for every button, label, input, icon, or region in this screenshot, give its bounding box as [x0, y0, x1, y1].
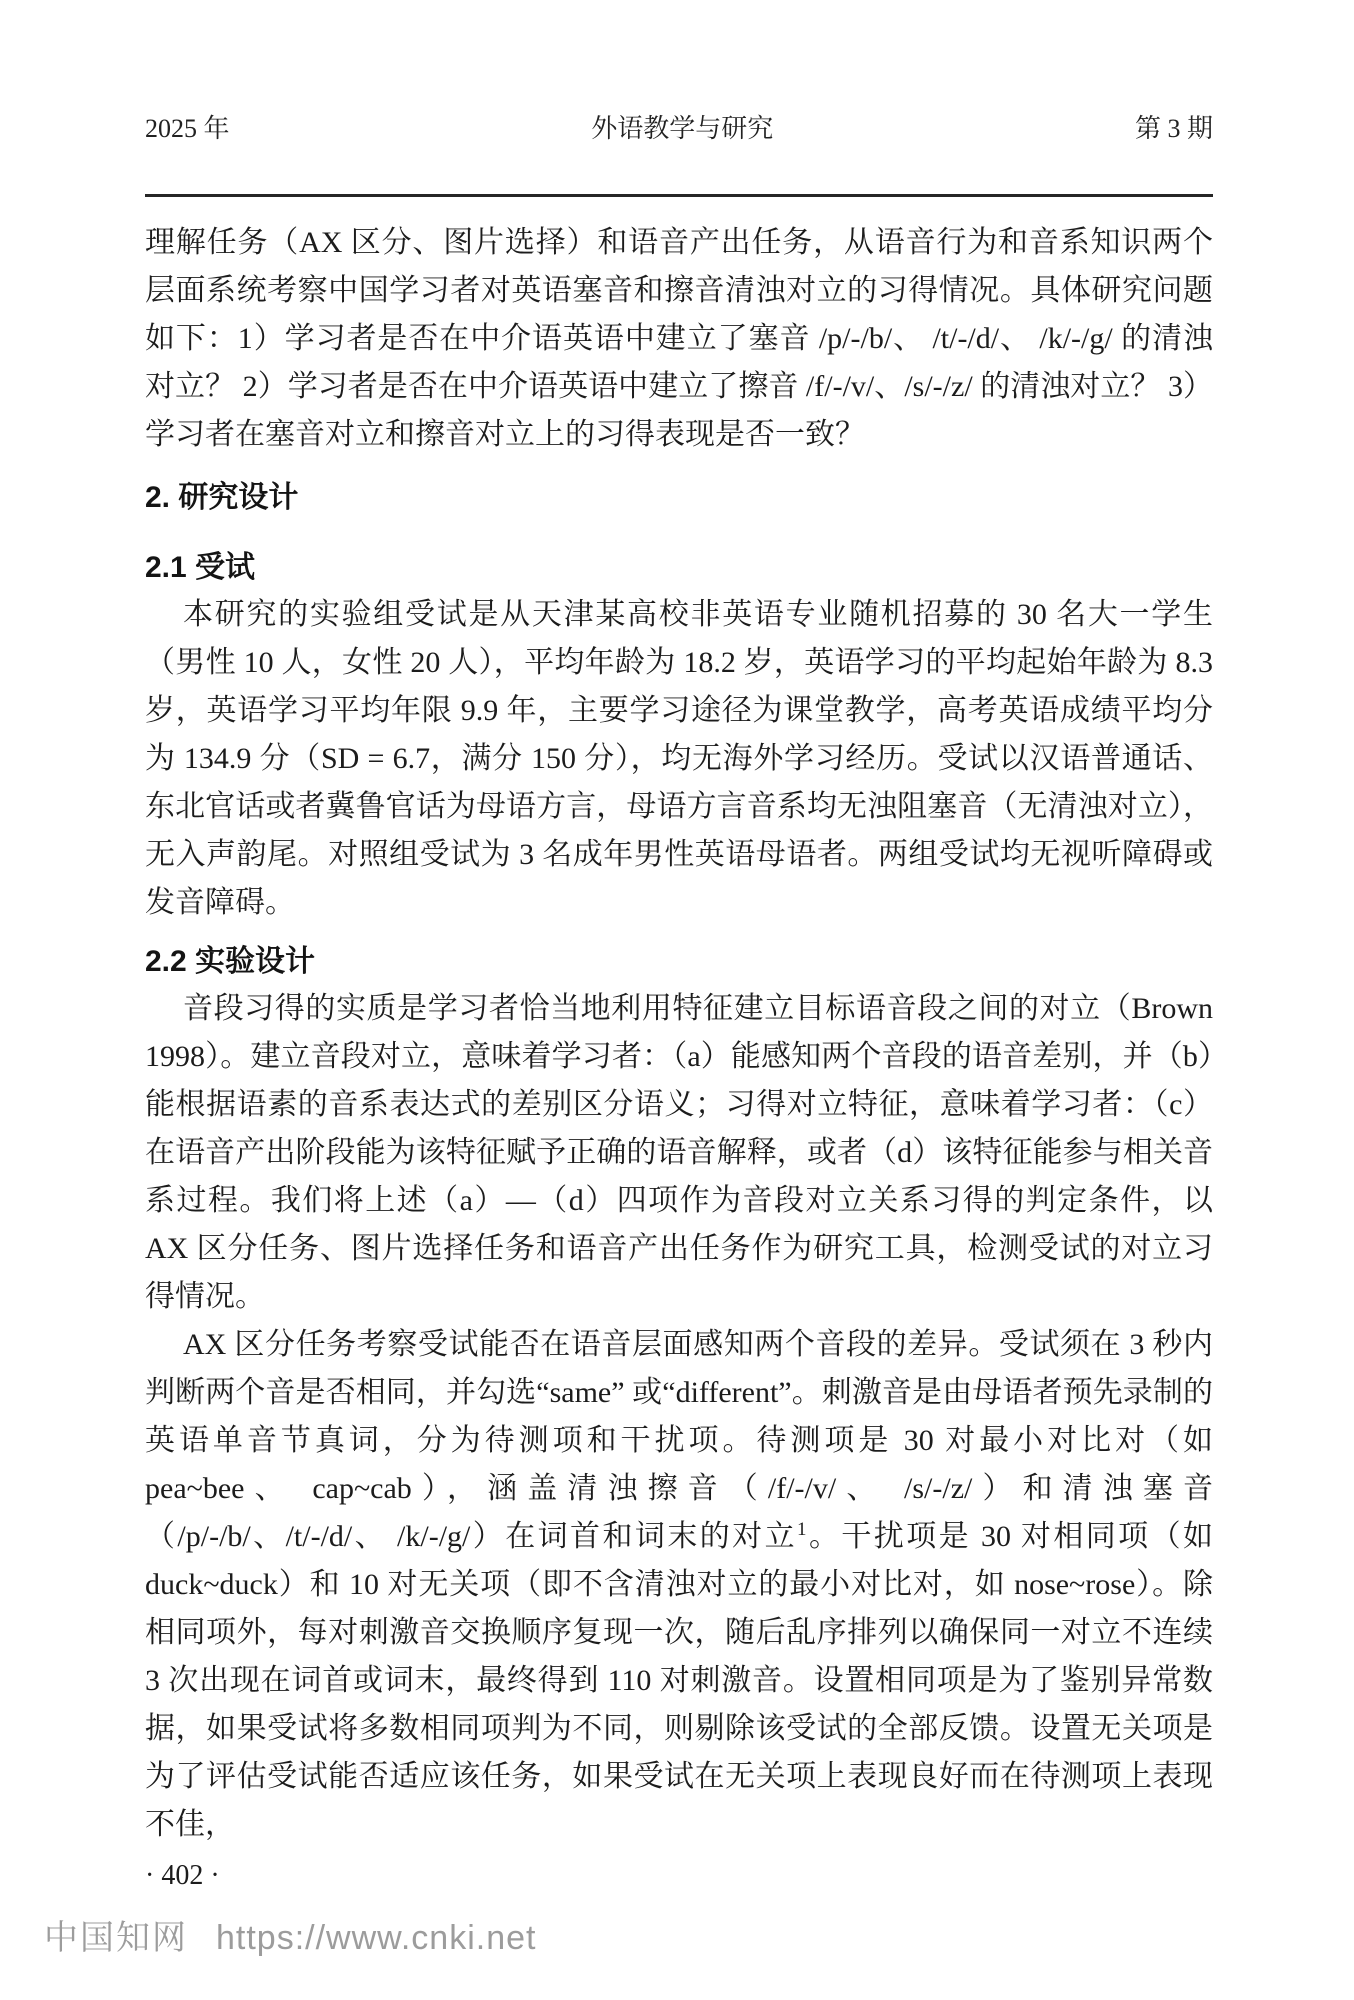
intro-paragraph: 理解任务（AX 区分、图片选择）和语音产出任务，从语音行为和音系知识两个层面系统… — [145, 219, 1213, 459]
section-2-2-paragraph-1: 音段习得的实质是学习者恰当地利用特征建立目标语音段之间的对立（Brown 199… — [145, 985, 1213, 1321]
section-2-heading: 2. 研究设计 — [145, 481, 1213, 515]
header-year: 2025 年 — [145, 114, 230, 144]
journal-page: 2025 年 外语教学与研究 第 3 期 理解任务（AX 区分、图片选择）和语音… — [0, 0, 1354, 2000]
section-2-2-heading: 2.2 实验设计 — [145, 945, 1213, 979]
page-header: 2025 年 外语教学与研究 第 3 期 — [145, 0, 1213, 144]
cnki-logo-text: 中国知网 — [44, 1910, 188, 1959]
header-issue: 第 3 期 — [1135, 114, 1213, 144]
cnki-url: https://www.cnki.net — [216, 1919, 536, 1958]
header-journal-title: 外语教学与研究 — [591, 114, 773, 144]
header-divider — [145, 194, 1213, 197]
section-2-1-paragraph: 本研究的实验组受试是从天津某高校非英语专业随机招募的 30 名大一学生（男性 1… — [145, 591, 1213, 927]
cnki-watermark: 中国知网 https://www.cnki.net — [44, 1910, 536, 1959]
footnote-ref-1: 1 — [797, 1519, 807, 1540]
paragraph-segment-after-note: 。干扰项是 30 对相同项（如 duck~duck）和 10 对无关项（即不含清… — [145, 1520, 1213, 1841]
section-2-1-heading: 2.1 受试 — [145, 551, 1213, 585]
page-number: · 402 · — [145, 1859, 1213, 1893]
section-2-2-paragraph-2: AX 区分任务考察受试能否在语音层面感知两个音段的差异。受试须在 3 秒内判断两… — [145, 1321, 1213, 1849]
